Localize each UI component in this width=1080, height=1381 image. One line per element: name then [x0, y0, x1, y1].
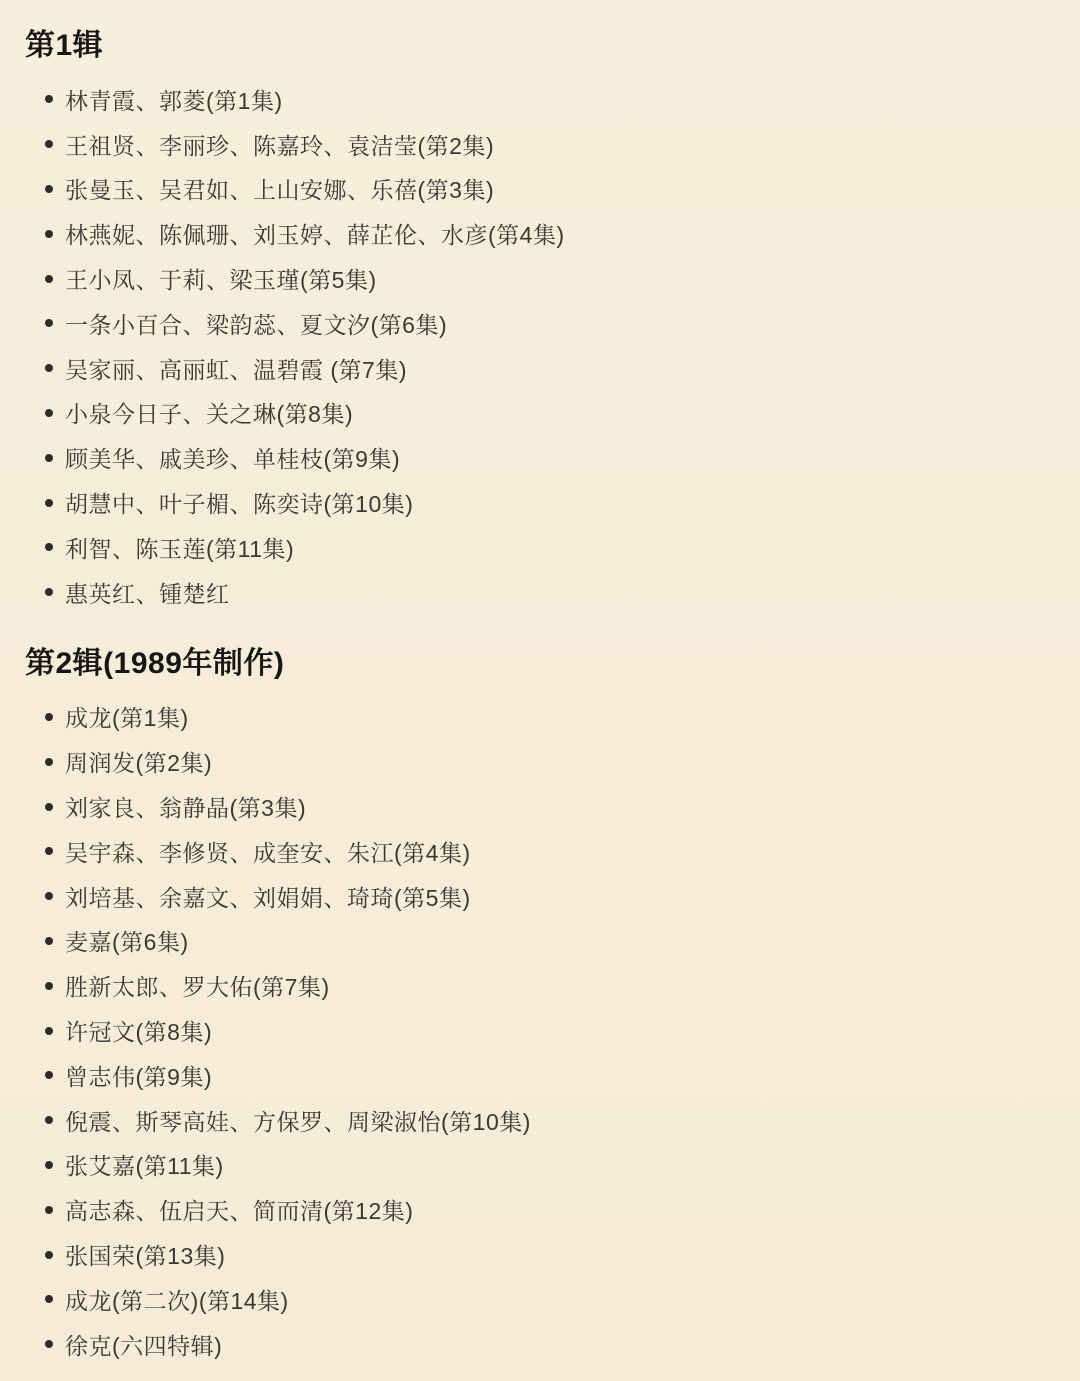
list-item-text: 高志森、伍启天、简而清(第12集) — [65, 1193, 413, 1226]
list-item: 小泉今日子、关之琳(第8集) — [25, 391, 1050, 436]
list-item-text: 王小凤、于莉、梁玉瑾(第5集) — [65, 262, 377, 295]
list-item: 利智、陈玉莲(第11集) — [25, 525, 1050, 570]
bullet-icon — [45, 588, 53, 596]
bullet-icon — [45, 1071, 53, 1079]
list-item-text: 许冠文(第8集) — [65, 1014, 212, 1047]
list-item: 王小凤、于莉、梁玉瑾(第5集) — [25, 256, 1050, 301]
list-item-text: 徐克(六四特辑) — [65, 1328, 222, 1361]
list-item: 周润发(第2集) — [25, 739, 1050, 784]
bullet-icon — [45, 758, 53, 766]
list-item: 一条小百合、梁韵蕊、夏文汐(第6集) — [25, 301, 1050, 346]
bullet-icon — [45, 1295, 53, 1303]
bullet-icon — [45, 185, 53, 193]
list-item-text: 顾美华、戚美珍、单桂枝(第9集) — [65, 441, 400, 474]
bullet-icon — [45, 1206, 53, 1214]
list-item: 顾美华、戚美珍、单桂枝(第9集) — [25, 435, 1050, 480]
list-item-text: 成龙(第二次)(第14集) — [65, 1283, 289, 1316]
bullet-icon — [45, 230, 53, 238]
episode-list: 成龙(第1集) 周润发(第2集) 刘家良、翁静晶(第3集) 吴宇森、李修贤、成奎… — [25, 695, 1050, 1367]
list-item-text: 吴宇森、李修贤、成奎安、朱江(第4集) — [65, 835, 471, 868]
bullet-icon — [45, 140, 53, 148]
episode-list: 林青霞、郭菱(第1集) 王祖贤、李丽珍、陈嘉玲、袁洁莹(第2集) 张曼玉、吴君如… — [25, 77, 1050, 615]
list-item: 林燕妮、陈佩珊、刘玉婷、薛芷伦、水彦(第4集) — [25, 211, 1050, 256]
bullet-icon — [45, 937, 53, 945]
bullet-icon — [45, 982, 53, 990]
list-item-text: 惠英红、锺楚红 — [65, 576, 230, 609]
list-item: 林青霞、郭菱(第1集) — [25, 77, 1050, 122]
list-item: 许冠文(第8集) — [25, 1008, 1050, 1053]
list-item-text: 张国荣(第13集) — [65, 1238, 225, 1271]
bullet-icon — [45, 364, 53, 372]
list-item-text: 曾志伟(第9集) — [65, 1059, 212, 1092]
section-title: 第2辑(1989年制作) — [25, 648, 1050, 680]
list-item: 惠英红、锺楚红 — [25, 570, 1050, 615]
list-item: 成龙(第1集) — [25, 695, 1050, 740]
list-item-text: 成龙(第1集) — [65, 700, 189, 733]
list-item-text: 胜新太郎、罗大佑(第7集) — [65, 969, 330, 1002]
list-item: 倪震、斯琴高娃、方保罗、周梁淑怡(第10集) — [25, 1098, 1050, 1143]
episode-section: 第1辑 林青霞、郭菱(第1集) 王祖贤、李丽珍、陈嘉玲、袁洁莹(第2集) 张曼玉… — [25, 30, 1050, 615]
list-item: 张国荣(第13集) — [25, 1232, 1050, 1277]
list-item-text: 一条小百合、梁韵蕊、夏文汐(第6集) — [65, 307, 447, 340]
bullet-icon — [45, 713, 53, 721]
list-item: 麦嘉(第6集) — [25, 919, 1050, 964]
list-item: 胡慧中、叶子楣、陈奕诗(第10集) — [25, 480, 1050, 525]
list-item-text: 刘培基、余嘉文、刘娟娟、琦琦(第5集) — [65, 880, 471, 913]
episode-section: 第2辑(1989年制作) 成龙(第1集) 周润发(第2集) 刘家良、翁静晶(第3… — [25, 648, 1050, 1367]
list-item: 成龙(第二次)(第14集) — [25, 1277, 1050, 1322]
bullet-icon — [45, 275, 53, 283]
bullet-icon — [45, 847, 53, 855]
bullet-icon — [45, 409, 53, 417]
list-item: 高志森、伍启天、简而清(第12集) — [25, 1187, 1050, 1232]
bullet-icon — [45, 892, 53, 900]
bullet-icon — [45, 1116, 53, 1124]
list-item: 吴宇森、李修贤、成奎安、朱江(第4集) — [25, 829, 1050, 874]
list-item-text: 林青霞、郭菱(第1集) — [65, 83, 283, 116]
bullet-icon — [45, 803, 53, 811]
list-item-text: 王祖贤、李丽珍、陈嘉玲、袁洁莹(第2集) — [65, 128, 494, 161]
list-item: 刘培基、余嘉文、刘娟娟、琦琦(第5集) — [25, 874, 1050, 919]
list-item-text: 麦嘉(第6集) — [65, 924, 189, 957]
list-item-text: 刘家良、翁静晶(第3集) — [65, 790, 306, 823]
list-item-text: 利智、陈玉莲(第11集) — [65, 531, 294, 564]
bullet-icon — [45, 319, 53, 327]
bullet-icon — [45, 1251, 53, 1259]
bullet-icon — [45, 543, 53, 551]
list-item: 胜新太郎、罗大佑(第7集) — [25, 963, 1050, 1008]
list-item: 徐克(六四特辑) — [25, 1322, 1050, 1367]
list-item-text: 林燕妮、陈佩珊、刘玉婷、薛芷伦、水彦(第4集) — [65, 217, 565, 250]
list-item: 刘家良、翁静晶(第3集) — [25, 784, 1050, 829]
list-item-text: 张艾嘉(第11集) — [65, 1148, 224, 1181]
article-page: 第1辑 林青霞、郭菱(第1集) 王祖贤、李丽珍、陈嘉玲、袁洁莹(第2集) 张曼玉… — [0, 0, 1080, 1381]
bullet-icon — [45, 1161, 53, 1169]
list-item: 张艾嘉(第11集) — [25, 1143, 1050, 1188]
list-item: 曾志伟(第9集) — [25, 1053, 1050, 1098]
bullet-icon — [45, 1027, 53, 1035]
list-item: 张曼玉、吴君如、上山安娜、乐蓓(第3集) — [25, 167, 1050, 212]
bullet-icon — [45, 499, 53, 507]
bullet-icon — [45, 454, 53, 462]
list-item: 王祖贤、李丽珍、陈嘉玲、袁洁莹(第2集) — [25, 122, 1050, 167]
bullet-icon — [45, 1340, 53, 1348]
list-item-text: 周润发(第2集) — [65, 745, 212, 778]
list-item: 吴家丽、高丽虹、温碧霞 (第7集) — [25, 346, 1050, 391]
list-item-text: 小泉今日子、关之琳(第8集) — [65, 396, 353, 429]
list-item-text: 吴家丽、高丽虹、温碧霞 (第7集) — [65, 352, 407, 385]
list-item-text: 胡慧中、叶子楣、陈奕诗(第10集) — [65, 486, 413, 519]
bullet-icon — [45, 95, 53, 103]
list-item-text: 张曼玉、吴君如、上山安娜、乐蓓(第3集) — [65, 172, 494, 205]
list-item-text: 倪震、斯琴高娃、方保罗、周梁淑怡(第10集) — [65, 1104, 531, 1137]
section-title: 第1辑 — [25, 30, 1050, 62]
